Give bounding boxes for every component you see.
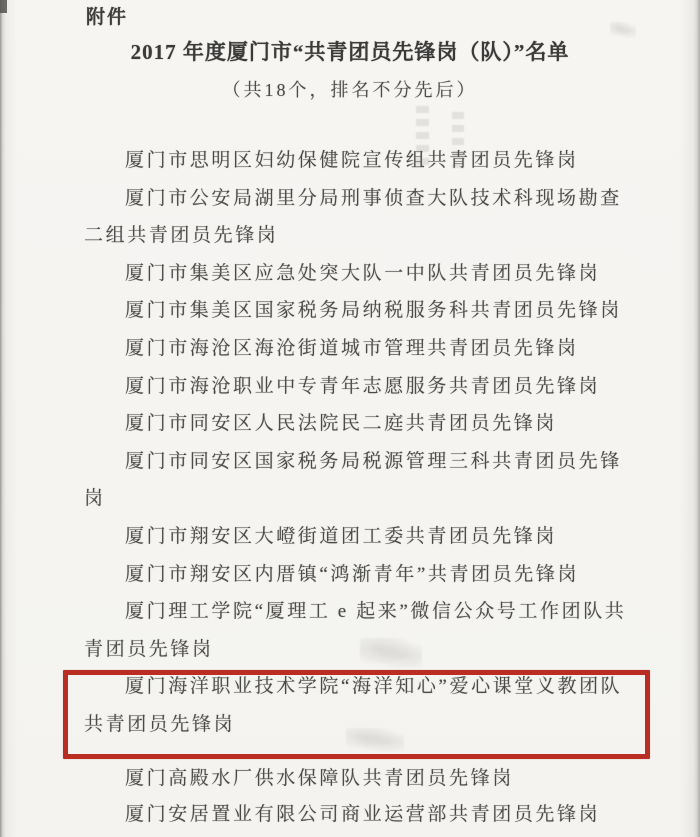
list-entry-line: 厦门市同安区国家税务局税源管理三科共青团员先锋 xyxy=(0,443,700,481)
list-entry: 厦门市思明区妇幼保健院宣传组共青团员先锋岗 xyxy=(0,142,700,180)
document-subtitle: （共18个，排名不分先后） xyxy=(0,79,700,102)
list-entry-highlighted: 厦门海洋职业技术学院“海洋知心”爱心课堂义教团队 共青团员先锋岗 xyxy=(0,668,700,743)
list-entry: 厦门市集美区应急处突大队一中队共青团员先锋岗 xyxy=(0,255,700,293)
scanned-document-page: 附件 2017 年度厦门市“共青团员先锋岗（队）”名单 （共18个，排名不分先后… xyxy=(0,0,700,837)
attachment-label: 附件 xyxy=(0,0,700,30)
list-entry-line: 共青团员先锋岗 xyxy=(0,706,700,744)
scan-edge-right xyxy=(693,0,700,837)
list-entry: 厦门市同安区人民法院民二庭共青团员先锋岗 xyxy=(0,405,700,443)
list-entry: 厦门市公安局湖里分局刑事侦查大队技术科现场勘查 二组共青团员先锋岗 xyxy=(0,180,700,255)
list-entry: 厦门市海沧职业中专青年志愿服务共青团员先锋岗 xyxy=(0,368,700,406)
list-entry-line: 厦门市翔安区大嶝街道团工委共青团员先锋岗 xyxy=(0,518,700,556)
document-title: 2017 年度厦门市“共青团员先锋岗（队）”名单 xyxy=(0,38,700,66)
list-entry-line: 厦门高殿水厂供水保障队共青团员先锋岗 xyxy=(0,761,700,798)
list-entry-line: 厦门海洋职业技术学院“海洋知心”爱心课堂义教团队 xyxy=(0,668,700,706)
list-entry-line: 二组共青团员先锋岗 xyxy=(0,217,700,255)
list-entry: 厦门理工学院“厦理工 e 起来”微信公众号工作团队共 青团员先锋岗 xyxy=(0,593,700,668)
list-entry-line: 青团员先锋岗 xyxy=(0,631,700,669)
list-entry-line: 厦门市同安区人民法院民二庭共青团员先锋岗 xyxy=(0,405,700,443)
list-entry-line: 厦门安居置业有限公司商业运营部共青团员先锋岗 xyxy=(0,797,700,834)
list-entry-line: 厦门理工学院“厦理工 e 起来”微信公众号工作团队共 xyxy=(0,593,700,631)
list-entry-line: 厦门市集美区应急处突大队一中队共青团员先锋岗 xyxy=(0,255,700,293)
list-entry: 厦门安居置业有限公司商业运营部共青团员先锋岗 xyxy=(0,797,700,834)
award-list: 厦门市思明区妇幼保健院宣传组共青团员先锋岗 厦门市公安局湖里分局刑事侦查大队技术… xyxy=(0,142,700,834)
list-entry: 厦门市同安区国家税务局税源管理三科共青团员先锋 岗 xyxy=(0,443,700,518)
list-entry-line: 厦门市思明区妇幼保健院宣传组共青团员先锋岗 xyxy=(0,142,700,180)
scan-edge-left xyxy=(0,0,6,837)
list-entry: 厦门市海沧区海沧街道城市管理共青团员先锋岗 xyxy=(0,330,700,368)
list-entry: 厦门市集美区国家税务局纳税服务科共青团员先锋岗 xyxy=(0,292,700,330)
list-entry-line: 厦门市集美区国家税务局纳税服务科共青团员先锋岗 xyxy=(0,292,700,330)
list-entry: 厦门市翔安区内厝镇“鸿渐青年”共青团员先锋岗 xyxy=(0,556,700,594)
list-entry-line: 厦门市翔安区内厝镇“鸿渐青年”共青团员先锋岗 xyxy=(0,556,700,594)
list-entry-line: 岗 xyxy=(0,480,700,518)
list-entry-line: 厦门市海沧职业中专青年志愿服务共青团员先锋岗 xyxy=(0,368,700,406)
scan-corner-artifact xyxy=(0,0,7,13)
list-entry: 厦门市翔安区大嶝街道团工委共青团员先锋岗 xyxy=(0,518,700,556)
list-entry: 厦门高殿水厂供水保障队共青团员先锋岗 xyxy=(0,761,700,798)
list-entry-line: 厦门市海沧区海沧街道城市管理共青团员先锋岗 xyxy=(0,330,700,368)
list-entry-line: 厦门市公安局湖里分局刑事侦查大队技术科现场勘查 xyxy=(0,180,700,218)
